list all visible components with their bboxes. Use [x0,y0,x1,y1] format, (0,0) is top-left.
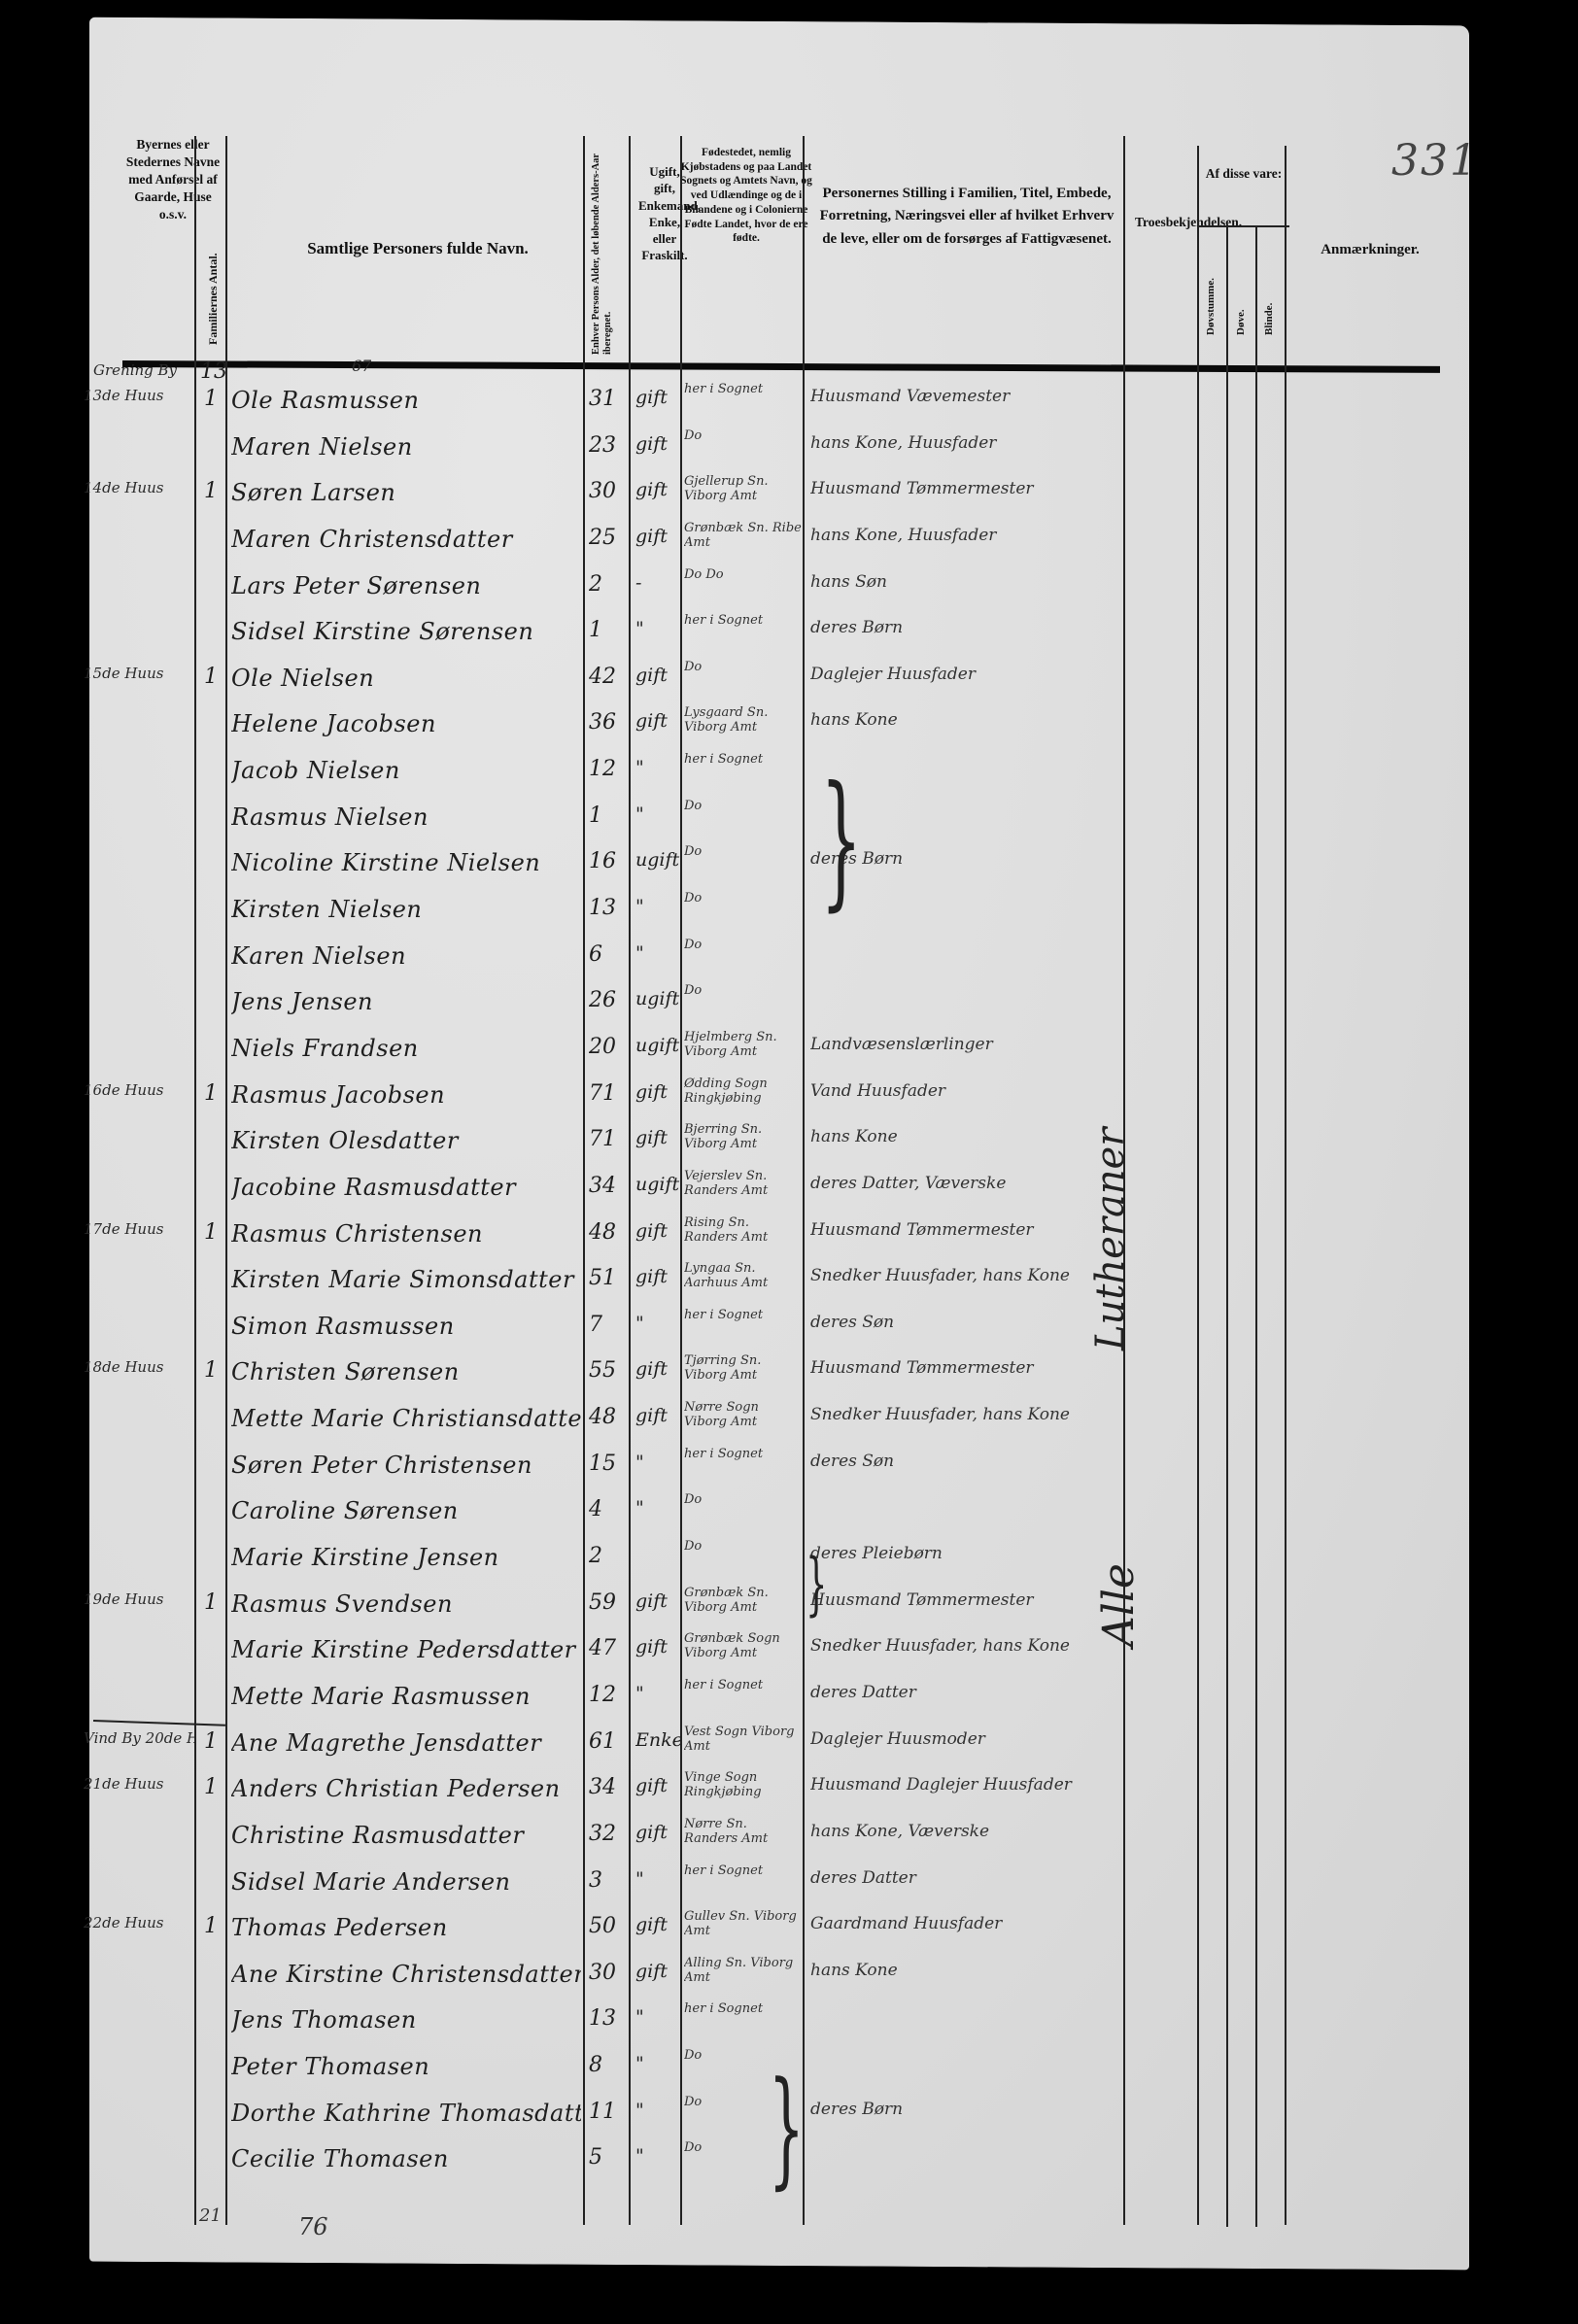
row-person-name: Simon Rasmussen [231,1313,581,1340]
row-place: 14de Huus [84,479,194,496]
row-person-name: Rasmus Jacobsen [231,1081,581,1109]
row-place: 13de Huus [84,387,194,404]
col-line [583,136,585,2225]
row-person-name: Maren Nielsen [231,433,581,461]
row-person-name: Niels Frandsen [231,1035,581,1062]
row-occupation: Huusmand Daglejer Huusfader [810,1775,1121,1794]
row-place: 21de Huus [84,1775,194,1793]
row-civil-status: gift [635,1636,680,1658]
row-person-name: Marie Kirstine Jensen [231,1544,581,1571]
row-birthplace: Nørre Sn. Randers Amt [684,1818,803,1863]
row-birthplace: Grønbæk Sogn Viborg Amt [684,1632,803,1677]
row-birthplace: Vest Sogn Viborg Amt [684,1726,803,1770]
row-birthplace: Do [684,939,803,983]
col-line [1255,225,1257,2227]
row-age: 13 [589,896,628,920]
row-birthplace: Do [684,429,803,474]
row-civil-status: " [635,1683,680,1704]
row-age: 59 [589,1590,628,1615]
row-civil-status: gift [635,433,680,455]
af-disse-rule [1197,225,1289,227]
row-birthplace: Do [684,1540,803,1585]
row-birthplace: Grønbæk Sn. Ribe Amt [684,522,803,566]
row-civil-status: " [635,942,680,964]
row-person-name: Ole Nielsen [231,665,581,692]
row-occupation: deres Pleiebørn [810,1544,1121,1563]
header-blind: Blinde. [1263,272,1276,335]
row-age: 7 [589,1313,628,1337]
row-civil-status: " [635,2145,680,2167]
row-person-name: Kirsten Marie Simonsdatter [231,1266,581,1293]
row-civil-status: ugift [635,1174,680,1195]
row-birthplace: Gjellerup Sn. Viborg Amt [684,475,803,520]
row-occupation: Gaardmand Huusfader [810,1914,1121,1933]
brace-symbol: } [806,1550,827,1618]
brace-symbol: } [769,2065,805,2191]
row-occupation: hans Kone, Huusfader [810,433,1121,453]
row-occupation: deres Datter, Væverske [810,1174,1121,1193]
head-count-top: 67 [352,357,371,375]
page-number: 331 [1391,136,1479,186]
col-line [225,136,227,2225]
row-civil-status: gift [635,1405,680,1426]
row-birthplace: Rising Sn. Randers Amt [684,1216,803,1261]
row-age: 8 [589,2053,628,2077]
row-civil-status: " [635,803,680,825]
row-birthplace: her i Sognet [684,1679,803,1724]
row-person-name: Christine Rasmusdatter [231,1822,581,1849]
row-age: 61 [589,1729,628,1754]
row-occupation: deres Børn [810,618,1121,637]
row-person-name: Helene Jacobsen [231,710,581,737]
row-occupation: deres Datter [810,1683,1121,1702]
row-place: 15de Huus [84,665,194,682]
row-occupation: deres Søn [810,1313,1121,1332]
row-civil-status: " [635,1452,680,1473]
row-occupation: deres Datter [810,1868,1121,1888]
row-person-name: Mette Marie Rasmussen [231,1683,581,1710]
row-person-name: Ane Kirstine Christensdatter [231,1961,581,1988]
row-civil-status: gift [635,526,680,547]
row-person-name: Thomas Pedersen [231,1914,581,1941]
row-birthplace: her i Sognet [684,614,803,659]
row-family-count: 1 [204,1729,225,1754]
row-birthplace: Vinge Sogn Ringkjøbing [684,1771,803,1816]
place-top: Grening By [93,361,194,379]
row-person-name: Lars Peter Sørensen [231,572,581,599]
row-age: 23 [589,433,628,458]
row-family-count: 1 [204,1358,225,1383]
row-occupation: Snedker Huusfader, hans Kone [810,1636,1121,1656]
row-family-count: 1 [204,1081,225,1106]
row-civil-status: gift [635,387,680,408]
row-person-name: Rasmus Svendsen [231,1590,581,1618]
row-person-name: Jens Jensen [231,988,581,1015]
row-place: 17de Huus [84,1220,194,1238]
row-person-name: Jacobine Rasmusdatter [231,1174,581,1201]
row-occupation: Snedker Huusfader, hans Kone [810,1405,1121,1424]
row-age: 5 [589,2145,628,2170]
row-person-name: Sidsel Marie Andersen [231,1868,581,1896]
row-civil-status: gift [635,1590,680,1612]
row-family-count: 1 [204,1775,225,1799]
row-age: 32 [589,1822,628,1846]
row-age: 13 [589,2006,628,2031]
row-birthplace: her i Sognet [684,2002,803,2047]
row-occupation: Daglejer Huusmoder [810,1729,1121,1749]
row-person-name: Peter Thomasen [231,2053,581,2080]
row-civil-status: ugift [635,849,680,871]
row-occupation: deres Børn [810,2100,1121,2119]
row-birthplace: Vejerslev Sn. Randers Amt [684,1170,803,1214]
col-line [1285,146,1286,2225]
row-person-name: Cecilie Thomasen [231,2145,581,2172]
row-civil-status: gift [635,1358,680,1380]
row-occupation: Huusmand Tømmermester [810,479,1121,498]
col-line [803,136,805,2225]
row-age: 12 [589,757,628,781]
row-family-count: 1 [204,387,225,411]
row-civil-status: " [635,2006,680,2028]
row-birthplace: Do [684,845,803,890]
header-birthplace: Fødestedet, nemlig Kjøbstadens og paa La… [678,146,814,246]
row-birthplace: Do [684,800,803,844]
row-occupation: Huusmand Tømmermester [810,1590,1121,1610]
row-person-name: Ane Magrethe Jensdatter [231,1729,581,1757]
row-birthplace: Tjørring Sn. Viborg Amt [684,1354,803,1399]
row-birthplace: Hjelmberg Sn. Viborg Amt [684,1031,803,1076]
row-birthplace: her i Sognet [684,753,803,798]
row-age: 30 [589,1961,628,1985]
row-place: 18de Huus [84,1358,194,1376]
header-age: Enhver Persons Alder, det løbende Alders… [591,131,614,355]
row-age: 26 [589,988,628,1012]
row-person-name: Marie Kirstine Pedersdatter [231,1636,581,1663]
header-af-disse-vare: Af disse vare: [1202,165,1286,183]
row-occupation: hans Kone [810,1961,1121,1980]
row-person-name: Ole Rasmussen [231,387,581,414]
row-occupation: hans Søn [810,572,1121,592]
row-occupation: Huusmand Tømmermester [810,1220,1121,1240]
row-person-name: Caroline Sørensen [231,1497,581,1524]
row-birthplace: Grønbæk Sn. Viborg Amt [684,1587,803,1631]
row-birthplace: Do [684,661,803,705]
row-birthplace: Gullev Sn. Viborg Amt [684,1910,803,1955]
row-occupation: hans Kone, Væverske [810,1822,1121,1841]
row-age: 2 [589,572,628,597]
header-deaf-mute: Døvstumme. [1205,228,1218,335]
row-civil-status: gift [635,479,680,500]
row-age: 55 [589,1358,628,1383]
row-family-count: 1 [204,1914,225,1938]
row-person-name: Søren Peter Christensen [231,1452,581,1479]
row-age: 47 [589,1636,628,1660]
row-age: 12 [589,1683,628,1707]
header-deaf: Døve. [1235,277,1248,335]
row-civil-status: gift [635,710,680,732]
row-age: 30 [589,479,628,503]
row-civil-status: " [635,2053,680,2074]
col-line [1197,146,1199,2225]
row-age: 20 [589,1035,628,1059]
row-person-name: Kirsten Olesdatter [231,1127,581,1154]
row-birthplace: her i Sognet [684,1864,803,1909]
col-line [194,136,196,2225]
row-age: 16 [589,849,628,873]
row-age: 48 [589,1405,628,1429]
row-person-name: Dorthe Kathrine Thomasdatter [231,2100,581,2127]
row-civil-status: " [635,1868,680,1890]
row-person-name: Rasmus Nielsen [231,803,581,831]
row-civil-status: - [635,572,680,594]
bottom-family-count: 21 [199,2205,222,2226]
row-civil-status: " [635,2100,680,2121]
row-age: 1 [589,618,628,642]
row-place: Vind By 20de Huus [84,1729,194,1747]
row-person-name: Karen Nielsen [231,942,581,970]
row-birthplace: her i Sognet [684,383,803,427]
row-birthplace: Do [684,1493,803,1538]
row-civil-status: " [635,1497,680,1519]
row-age: 11 [589,2100,628,2124]
row-family-count: 1 [204,1220,225,1245]
row-civil-status: gift [635,665,680,686]
row-civil-status: ugift [635,1035,680,1056]
row-birthplace: Do Do [684,568,803,613]
row-civil-status: gift [635,1127,680,1148]
row-age: 4 [589,1497,628,1521]
row-place: 22de Huus [84,1914,194,1931]
row-civil-status: gift [635,1822,680,1843]
row-place: 16de Huus [84,1081,194,1099]
row-place: 19de Huus [84,1590,194,1608]
row-person-name: Christen Sørensen [231,1358,581,1385]
family-count-top: 13 [200,359,227,384]
row-civil-status: gift [635,1220,680,1242]
row-occupation: Daglejer Huusfader [810,665,1121,684]
header-name: Samtlige Personers fulde Navn. [253,238,583,260]
row-occupation: Landvæsenslærlinger [810,1035,1121,1054]
row-family-count: 1 [204,479,225,503]
row-person-name: Anders Christian Pedersen [231,1775,581,1802]
row-occupation: Huusmand Tømmermester [810,1358,1121,1378]
row-occupation: deres Søn [810,1452,1121,1471]
row-age: 71 [589,1081,628,1106]
row-person-name: Søren Larsen [231,479,581,506]
row-age: 34 [589,1174,628,1198]
row-occupation: hans Kone [810,710,1121,730]
row-civil-status: " [635,757,680,778]
row-person-name: Kirsten Nielsen [231,896,581,923]
header-families: Familiernes Antal. [207,151,221,345]
row-civil-status: gift [635,1266,680,1287]
row-birthplace: Ødding Sogn Ringkjøbing [684,1077,803,1122]
row-birthplace: Do [684,892,803,937]
row-occupation: Huusmand Vævemester [810,387,1121,406]
row-civil-status: gift [635,1081,680,1103]
row-person-name: Rasmus Christensen [231,1220,581,1247]
row-age: 48 [589,1220,628,1245]
row-birthplace: Do [684,984,803,1029]
col-line [1226,225,1228,2227]
row-civil-status: ugift [635,988,680,1009]
row-birthplace: Lyngaa Sn. Aarhuus Amt [684,1262,803,1307]
row-age: 31 [589,387,628,411]
header-remarks: Anmærkninger. [1302,241,1438,260]
row-civil-status: gift [635,1775,680,1796]
row-birthplace: her i Sognet [684,1309,803,1353]
row-person-name: Sidsel Kirstine Sørensen [231,618,581,645]
row-age: 34 [589,1775,628,1799]
row-civil-status: gift [635,1914,680,1935]
row-person-name: Jacob Nielsen [231,757,581,784]
row-civil-status: " [635,1313,680,1334]
row-person-name: Jens Thomasen [231,2006,581,2033]
row-occupation: hans Kone, Huusfader [810,526,1121,545]
row-age: 3 [589,1868,628,1893]
row-occupation: hans Kone [810,1127,1121,1146]
bottom-head-count: 76 [298,2213,328,2240]
religion-note-alle: Alle [1094,1530,1144,1647]
row-age: 2 [589,1544,628,1568]
row-age: 36 [589,710,628,735]
row-civil-status: Enke [635,1729,680,1751]
col-line [680,136,682,2225]
row-civil-status: gift [635,1961,680,1982]
row-person-name: Nicoline Kirstine Nielsen [231,849,581,876]
row-age: 42 [589,665,628,689]
row-age: 15 [589,1452,628,1476]
row-age: 6 [589,942,628,967]
header-occupation: Personernes Stilling i Familien, Titel, … [816,183,1117,251]
row-person-name: Mette Marie Christiansdatter [231,1405,581,1432]
row-family-count: 1 [204,665,225,689]
row-age: 51 [589,1266,628,1290]
row-occupation: Vand Huusfader [810,1081,1121,1101]
row-civil-status: " [635,896,680,917]
row-birthplace: Lysgaard Sn. Viborg Amt [684,706,803,751]
row-birthplace: Alling Sn. Viborg Amt [684,1957,803,2001]
brace-symbol: } [820,768,862,913]
row-age: 1 [589,803,628,828]
religion-note: Lutheraner [1088,1098,1133,1350]
header-religion: Troesbekjendelsen. [1135,214,1193,231]
col-line [629,136,631,2225]
row-age: 25 [589,526,628,550]
row-birthplace: Nørre Sogn Viborg Amt [684,1401,803,1446]
row-age: 71 [589,1127,628,1151]
row-occupation: Snedker Huusfader, hans Kone [810,1266,1121,1285]
row-family-count: 1 [204,1590,225,1615]
row-birthplace: Bjerring Sn. Viborg Amt [684,1123,803,1168]
row-birthplace: her i Sognet [684,1448,803,1492]
row-civil-status: " [635,618,680,639]
row-person-name: Maren Christensdatter [231,526,581,553]
row-age: 50 [589,1914,628,1938]
